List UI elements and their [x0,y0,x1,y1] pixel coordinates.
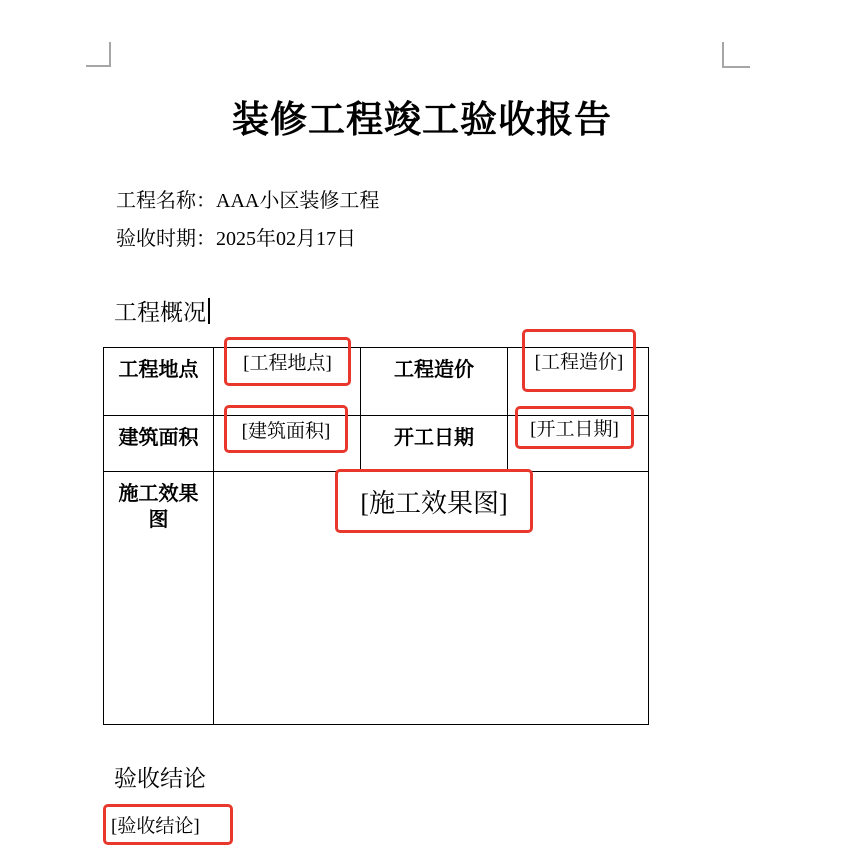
placeholder-effect-image[interactable]: [施工效果图] [335,469,533,533]
text-cursor [208,298,210,324]
header-cell-project-cost: 工程造价 [361,348,508,416]
header-cell-project-location: 工程地点 [104,348,214,416]
overview-table: 工程地点 工程造价 建筑面积 开工日期 施工效果图 [103,347,649,725]
margin-crop-mark-top-right [722,42,750,68]
acceptance-date-line: 验收时期：2025年02月17日 [116,227,356,251]
document-page: 装修工程竣工验收报告 工程名称：AAA小区装修工程 验收时期：2025年02月1… [0,0,844,864]
header-cell-building-area: 建筑面积 [104,416,214,472]
placeholder-building-area[interactable]: [建筑面积] [224,405,348,453]
overview-heading: 工程概况 [114,298,210,327]
header-cell-start-date: 开工日期 [361,416,508,472]
placeholder-project-cost[interactable]: [工程造价] [522,329,636,392]
header-cell-effect-image: 施工效果图 [104,472,214,725]
project-name-line: 工程名称：AAA小区装修工程 [116,189,379,213]
overview-heading-text: 工程概况 [114,300,206,325]
placeholder-start-date[interactable]: [开工日期] [515,406,634,449]
document-title: 装修工程竣工验收报告 [0,99,844,142]
placeholder-project-location[interactable]: [工程地点] [224,337,351,386]
margin-crop-mark-top-left [86,42,111,67]
conclusion-heading: 验收结论 [114,765,206,793]
placeholder-acceptance-conclusion[interactable]: [验收结论] [103,804,233,845]
